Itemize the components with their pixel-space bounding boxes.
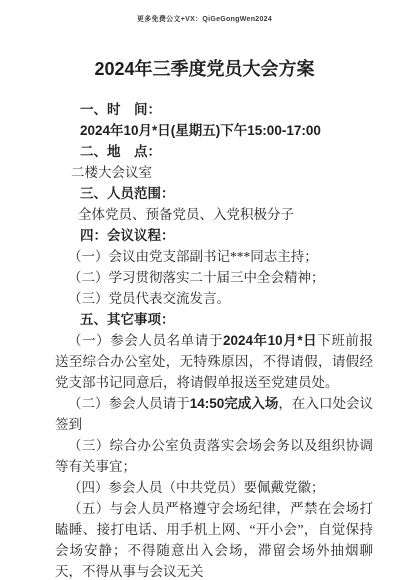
bold-text-segment: 五、其它事项： xyxy=(80,312,175,327)
bold-text-segment: 一、时 间： xyxy=(80,102,161,117)
bold-text-segment: 二、地 点： xyxy=(80,144,161,159)
document-body: 一、时 间：2024年10月*日(星期五)下午15:00-17:00二、地 点：… xyxy=(0,99,409,580)
paragraph: （三）党员代表交流发言。 xyxy=(55,288,373,309)
text-segment: （一）会议由党支部副书记***同志主持； xyxy=(68,249,318,264)
bold-text-segment: 2024年10月*日 xyxy=(223,333,317,348)
text-segment: 全体党员、预备党员、入党积极分子 xyxy=(78,207,294,222)
paragraph: （五）与会人员严格遵守会场纪律，严禁在会场打瞌睡、接打电话、用手机上网、“开小会… xyxy=(55,498,373,580)
paragraph: 二楼大会议室 xyxy=(55,162,373,183)
paragraph: （三）综合办公室负责落实会场会务以及组织协调等有关事宜； xyxy=(55,435,373,477)
text-segment: （五）与会人员严格遵守会场纪律，严禁在会场打瞌睡、接打电话、用手机上网、“开小会… xyxy=(55,501,373,579)
bold-text-segment: 14:50完成入场 xyxy=(190,396,279,411)
bold-text-segment: 四：会议议程： xyxy=(80,228,175,243)
header-watermark: 更多免费公文+VX：QiGeGongWen2024 xyxy=(0,0,409,24)
paragraph: 一、时 间： xyxy=(55,99,373,120)
text-segment: （三）党员代表交流发言。 xyxy=(68,291,230,306)
document-title: 2024年三季度党员大会方案 xyxy=(0,57,409,81)
text-segment: （二）学习贯彻落实二十届三中全会精神； xyxy=(68,270,325,285)
paragraph: （一）参会人员名单请于2024年10月*日下班前报送至综合办公室处，无特殊原因，… xyxy=(55,330,373,393)
paragraph: 2024年10月*日(星期五)下午15:00-17:00 xyxy=(55,120,373,141)
text-segment: （一）参会人员名单请于 xyxy=(68,333,223,348)
bold-text-segment: 2024年10月*日(星期五)下午15:00-17:00 xyxy=(80,123,321,138)
paragraph: 全体党员、预备党员、入党积极分子 xyxy=(55,204,373,225)
paragraph: （一）会议由党支部副书记***同志主持； xyxy=(55,246,373,267)
paragraph: 三、人员范围： xyxy=(55,183,373,204)
bold-text-segment: 三、人员范围： xyxy=(80,186,175,201)
paragraph: （四）参会人员（中共党员）要佩戴党徽； xyxy=(55,477,373,498)
document-page: 更多免费公文+VX：QiGeGongWen2024 2024年三季度党员大会方案… xyxy=(0,0,409,580)
text-segment: 二楼大会议室 xyxy=(71,165,152,180)
text-segment: （二）参会人员请于 xyxy=(68,396,190,411)
text-segment: （三）综合办公室负责落实会场会务以及组织协调等有关事宜； xyxy=(55,438,373,474)
paragraph: （二）参会人员请于14:50完成入场，在入口处会议签到 xyxy=(55,393,373,435)
paragraph: 二、地 点： xyxy=(55,141,373,162)
paragraph: 四：会议议程： xyxy=(55,225,373,246)
paragraph: （二）学习贯彻落实二十届三中全会精神； xyxy=(55,267,373,288)
text-segment: （四）参会人员（中共党员）要佩戴党徽； xyxy=(68,480,325,495)
paragraph: 五、其它事项： xyxy=(55,309,373,330)
